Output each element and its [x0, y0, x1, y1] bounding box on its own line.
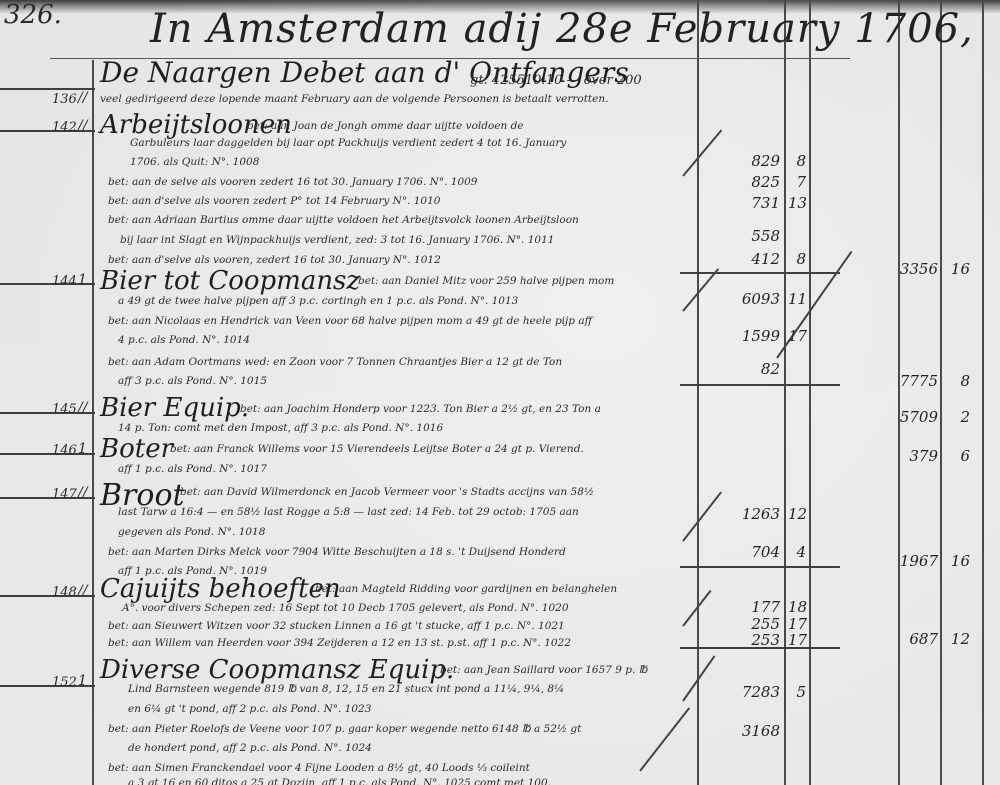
opening-rule [0, 88, 95, 90]
detail-column-rule [697, 0, 699, 785]
total-stuivers: 16 [942, 552, 970, 570]
entry-ref: 145 [52, 402, 77, 417]
account-title: Boter [100, 434, 173, 464]
amount-stuivers: 5 [788, 683, 806, 701]
entry-line: en 6¼ gt 't pond, aff 2 p.c. als Pond. N… [128, 703, 371, 715]
total-stuivers: 6 [942, 447, 970, 465]
amount-guilders: 6093 [720, 290, 780, 308]
entry-ref: 147 [52, 487, 77, 502]
amount-stuivers: 4 [788, 543, 806, 561]
amount-guilders: 3168 [720, 722, 780, 740]
amount-guilders: 731 [720, 194, 780, 212]
total-stuivers: 8 [942, 372, 970, 390]
opening-tick: // [78, 90, 87, 106]
entry-line: bet: aan Magteld Ridding voor gardijnen … [315, 583, 617, 595]
amount-guilders: 1599 [720, 327, 780, 345]
entry-ref: 142 [52, 120, 77, 135]
account-title: Cajuijts behoeften [100, 574, 341, 604]
entry-tick: // [78, 485, 87, 501]
amount-guilders: 829 [720, 152, 780, 170]
entry-line: bet: aan Simen Franckendael voor 4 Fijne… [108, 762, 530, 774]
entry-ref: 144 [52, 274, 77, 289]
right-rule [982, 0, 984, 785]
entry-line: a 3 gt 16 en 60 ditos a 25 gt Dozijn, af… [128, 777, 551, 785]
entry-line: bet: aan Marten Dirks Melck voor 7904 Wi… [108, 546, 566, 558]
subtotal-rule [680, 384, 840, 386]
subtotal-rule [680, 272, 840, 274]
amount-guilders: 412 [720, 250, 780, 268]
entry-line: bet: aan Joan de Jongh omme daar uijtte … [247, 120, 524, 132]
amount-guilders: 82 [720, 360, 780, 378]
entry-tick: // [78, 118, 87, 134]
total-guilders: 1967 [860, 552, 938, 570]
entry-ref: 152 [52, 675, 77, 690]
entry-line: Garbuleurs laar daggelden bij laar opt P… [130, 137, 566, 149]
entry-ref: 146 [52, 443, 77, 458]
posting-stroke [639, 707, 690, 771]
page-number: 326. [4, 0, 62, 30]
total-guilders: 5709 [860, 408, 938, 426]
amount-guilders: 1263 [720, 505, 780, 523]
total-guilders: 379 [860, 447, 938, 465]
amount-guilders: 558 [720, 227, 780, 245]
total-stuivers: 2 [942, 408, 970, 426]
entry-line: bet: aan Franck Willems voor 15 Vierende… [170, 443, 584, 455]
entry-line: bet: aan d'selve als vooren, zedert 16 t… [108, 254, 441, 266]
entry-line: bet: aan Adam Oortmans wed: en Zoon voor… [108, 356, 562, 368]
opening-text-2: veel gedirigeerd deze lopende maant Febr… [100, 93, 608, 105]
opening-ref: 136 [52, 92, 77, 107]
total-guilders: 7775 [860, 372, 938, 390]
entry-line: bet: aan Pieter Roelofs de Veene voor 10… [108, 723, 581, 735]
total-stuivers: 12 [942, 630, 970, 648]
entry-line: A°. voor divers Schepen zed: 16 Sept tot… [122, 602, 569, 614]
entry-line: last Tarw a 16:4 — en 58½ last Rogge a 5… [118, 506, 579, 518]
account-title: Diverse Coopmansz Equip. [100, 655, 454, 685]
entry-line: 4 p.c. als Pond. N°. 1014 [118, 334, 250, 346]
entry-line: Lind Barnsteen wegende 819 ℔ van 8, 12, … [128, 683, 564, 695]
total-stuivers: 16 [942, 260, 970, 278]
guilder-column-rule [784, 0, 786, 785]
total-stuiver-rule [940, 0, 942, 785]
entry-ref: 148 [52, 585, 77, 600]
entry-line: 14 p. Ton: comt met den Impost, aff 3 p.… [118, 422, 443, 434]
entry-line: bet: aan Adriaan Bartius omme daar uijtt… [108, 214, 579, 226]
amount-guilders: 177 [720, 598, 780, 616]
entry-line: bet: aan Joachim Honderp voor 1223. Ton … [240, 403, 601, 415]
amount-stuivers: 11 [788, 290, 806, 308]
posting-stroke [682, 268, 719, 311]
entry-line: aff 3 p.c. als Pond. N°. 1015 [118, 375, 267, 387]
amount-stuivers: 8 [788, 152, 806, 170]
amount-stuivers: 12 [788, 505, 806, 523]
total-column-rule [898, 0, 900, 785]
entry-tick: 1 [78, 673, 87, 689]
subtotal-rule [680, 647, 840, 649]
entry-line: bet: aan Willem van Heerden voor 394 Zei… [108, 637, 571, 649]
margin-rule [92, 60, 94, 785]
subtotal-rule [680, 566, 840, 568]
entry-tick: 1 [78, 441, 87, 457]
amount-stuivers: 8 [788, 250, 806, 268]
amount-guilders: 7283 [720, 683, 780, 701]
entry-line: 1706. als Quit: N°. 1008 [130, 156, 259, 168]
entry-line: bet: aan de selve als vooren zedert 16 t… [108, 176, 477, 188]
entry-tick: // [78, 583, 87, 599]
entry-line: bet: aan Nicolaas en Hendrick van Veen v… [108, 315, 592, 327]
entry-line: bet: aan Jean Saillard voor 1657 9 p. ℔ [440, 664, 647, 676]
amount-guilders: 825 [720, 173, 780, 191]
entry-line: gegeven als Pond. N°. 1018 [118, 526, 265, 538]
entry-tick: 1 [78, 272, 87, 288]
amount-stuivers: 7 [788, 173, 806, 191]
entry-line: a 49 gt de twee halve pijpen aff 3 p.c. … [118, 295, 518, 307]
account-title: Bier Equip. [100, 393, 249, 423]
entry-line: bet: aan Sieuwert Witzen voor 32 stucken… [108, 620, 565, 632]
posting-stroke [682, 129, 722, 176]
total-guilders: 3356 [860, 260, 938, 278]
entry-line: aff 1 p.c. als Pond. N°. 1017 [118, 463, 267, 475]
opening-text: gt. 425510:10 — over 200 [470, 73, 642, 88]
entry-line: bij laar int Slagt en Wijnpackhuijs verd… [120, 234, 554, 246]
stuiver-column-rule [809, 0, 811, 785]
entry-line: bet: aan d'selve als vooren zedert P° to… [108, 195, 440, 207]
amount-guilders: 704 [720, 543, 780, 561]
amount-stuivers: 17 [788, 327, 806, 345]
account-title: Bier tot Coopmansz [100, 266, 360, 296]
entry-tick: // [78, 400, 87, 416]
page-heading: In Amsterdam adij 28e February 1706, [150, 6, 974, 52]
amount-stuivers: 18 [788, 598, 806, 616]
entry-line: bet: aan Daniel Mitz voor 259 halve pijp… [358, 275, 614, 287]
total-guilders: 687 [860, 630, 938, 648]
ledger-page: 326. In Amsterdam adij 28e February 1706… [0, 0, 1000, 785]
entry-line: bet: aan David Wilmerdonck en Jacob Verm… [180, 486, 594, 498]
amount-stuivers: 13 [788, 194, 806, 212]
entry-line: de hondert pond, aff 2 p.c. als Pond. N°… [128, 742, 372, 754]
posting-stroke [682, 492, 722, 542]
